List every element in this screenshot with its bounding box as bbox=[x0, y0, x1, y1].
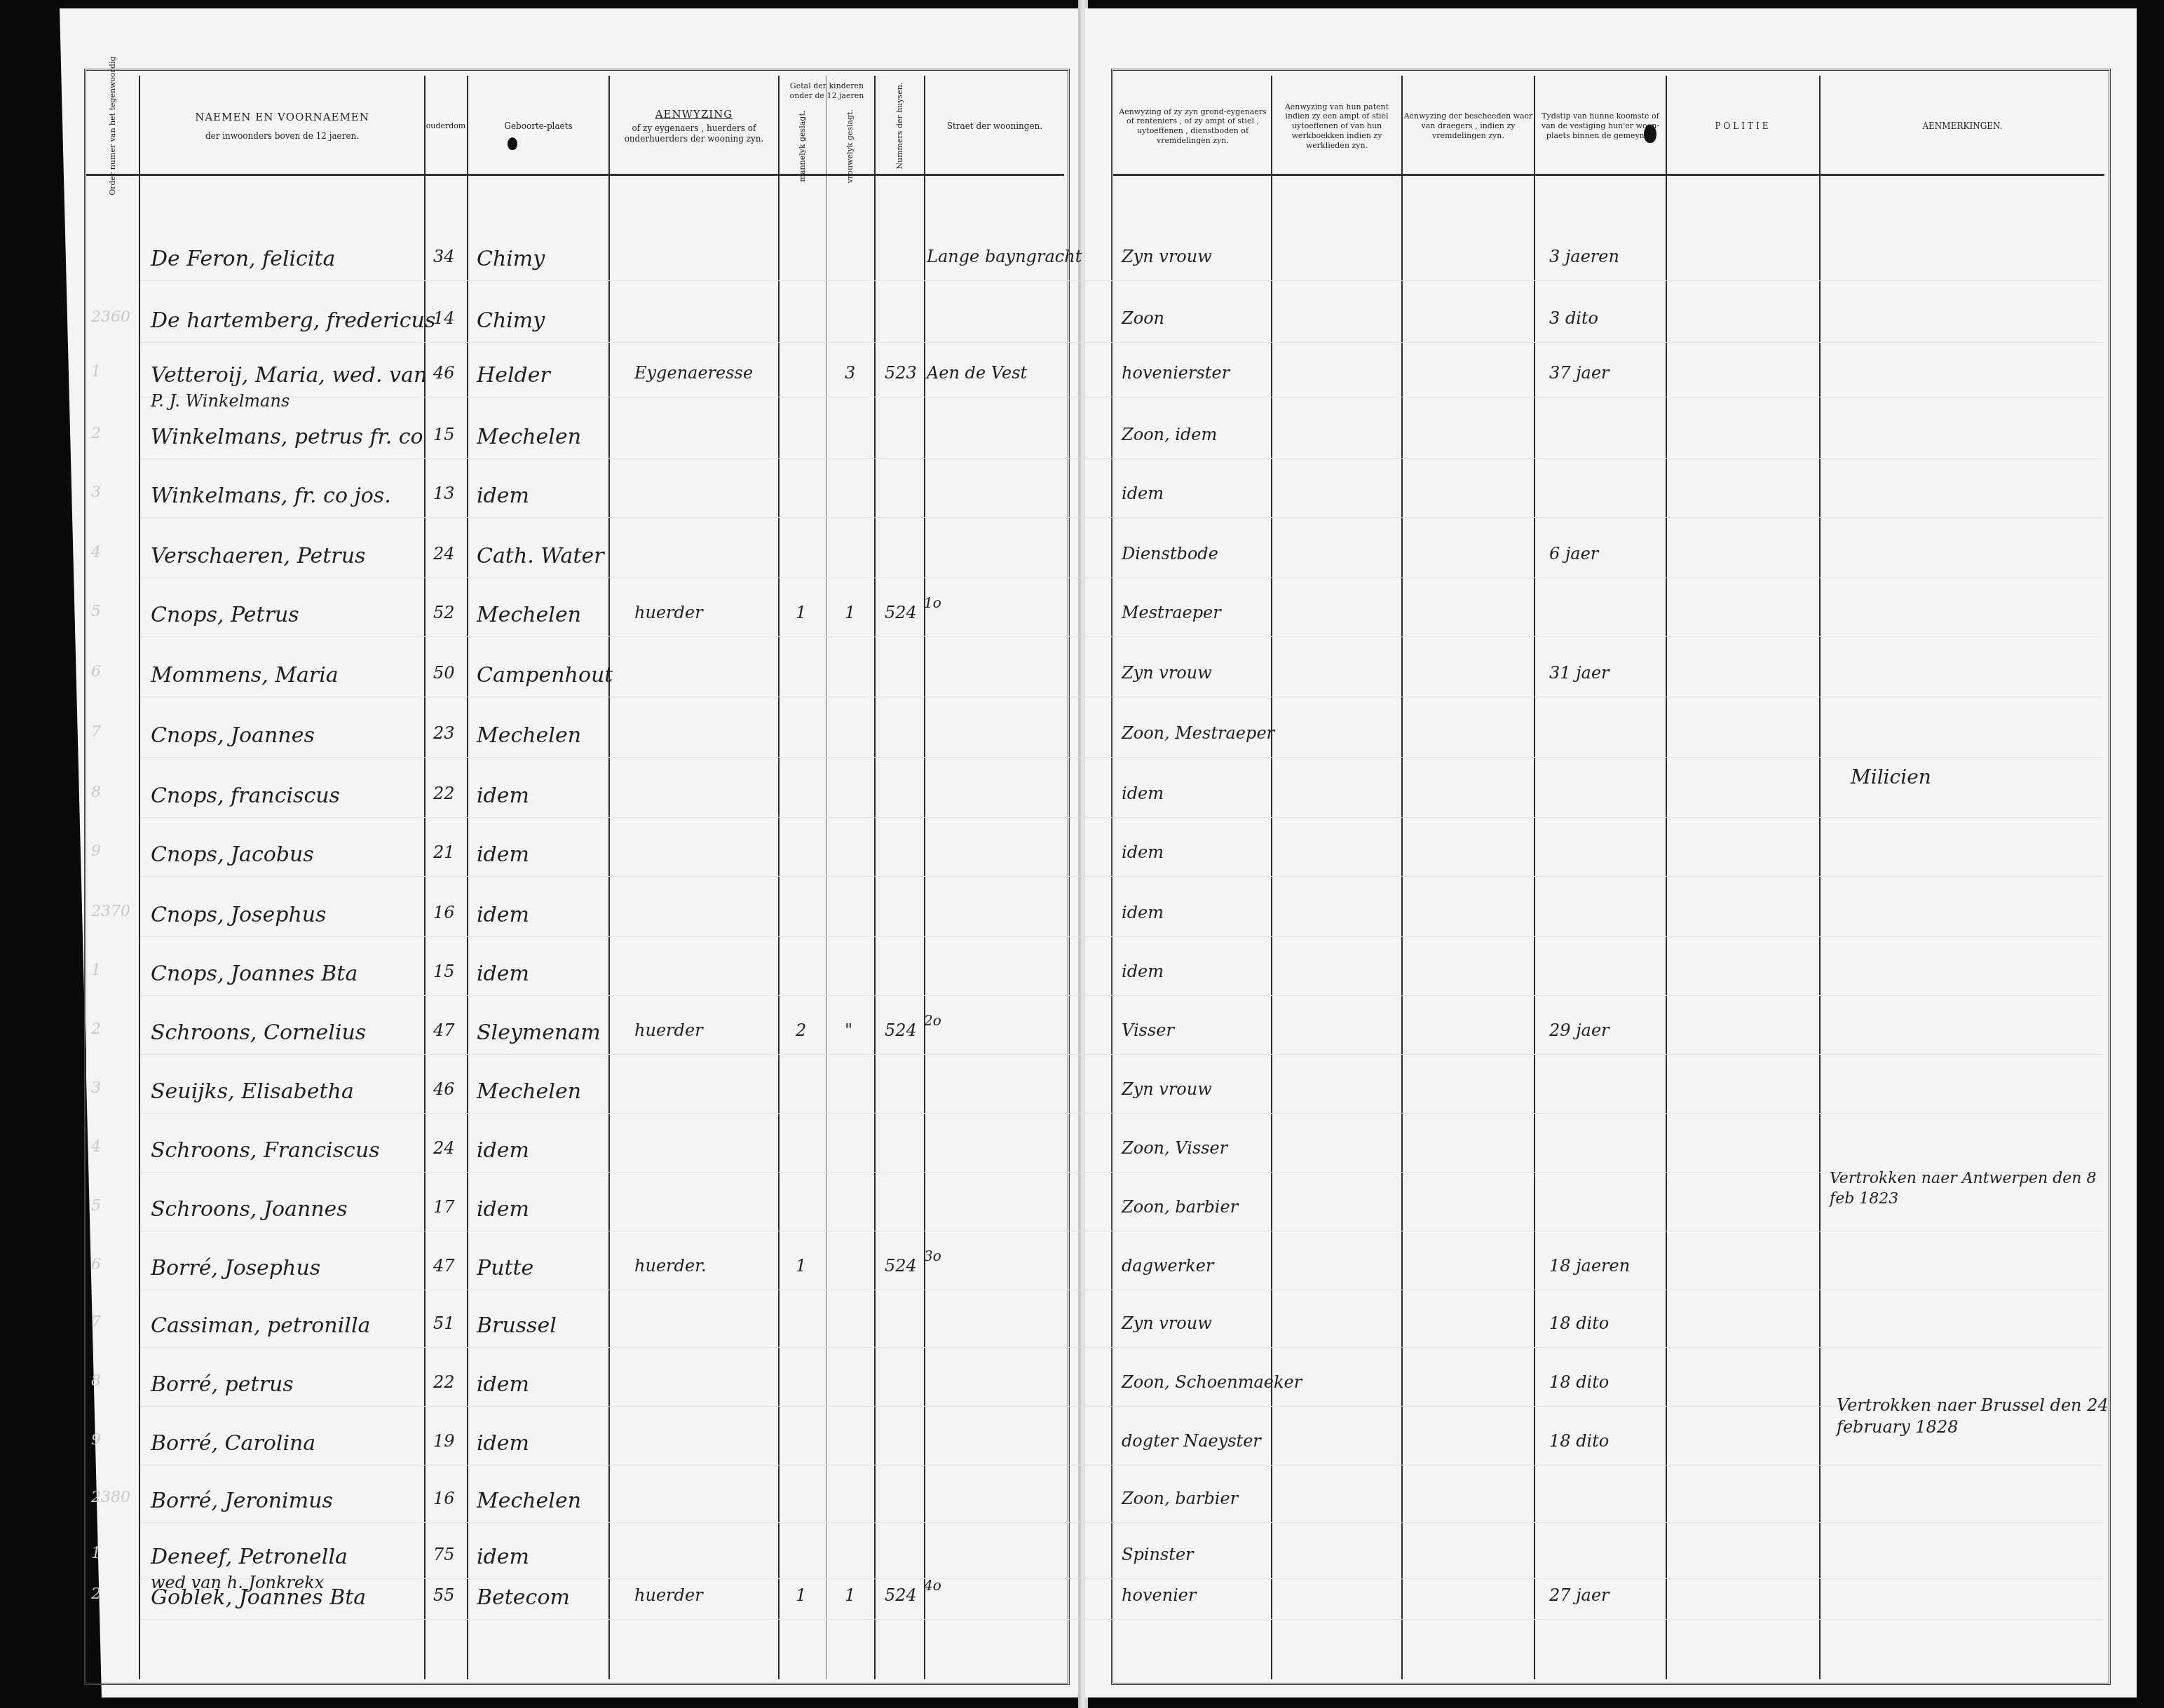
col-rule bbox=[608, 76, 610, 1679]
ruled-line bbox=[140, 280, 2103, 281]
cell-name: Cnops, Joannes bbox=[151, 723, 315, 748]
cell-name: De Feron, felicita bbox=[151, 247, 335, 271]
ruled-line bbox=[140, 936, 2103, 937]
cell-margin: 2360 bbox=[91, 308, 130, 326]
cell-arrival: 18 jaeren bbox=[1549, 1256, 1630, 1276]
cell-occupation: Zyn vrouw bbox=[1122, 1313, 1212, 1333]
header-names: NAEMEN EN VOORNAEMEN der inwoonders bove… bbox=[140, 77, 424, 175]
cell-occupation: idem bbox=[1122, 903, 1164, 922]
cell-birthplace: Mechelen bbox=[477, 425, 581, 449]
cell-occupation: dagwerker bbox=[1122, 1256, 1213, 1276]
cell-street: Aen de Vest bbox=[927, 363, 1027, 383]
cell-age: 52 bbox=[433, 603, 455, 622]
cell-arrival: 31 jaer bbox=[1549, 663, 1610, 683]
cell-female: 1 bbox=[845, 603, 855, 622]
cell-margin: 2370 bbox=[91, 903, 130, 920]
ruled-line bbox=[140, 397, 2103, 397]
cell-birthplace: Sleymenam bbox=[477, 1020, 601, 1045]
ruled-line bbox=[140, 1522, 2103, 1523]
cell-occupation: Zyn vrouw bbox=[1122, 1079, 1212, 1099]
cell-occupation: Zoon, barbier bbox=[1122, 1489, 1238, 1508]
header-age: ouderdom bbox=[425, 77, 467, 175]
cell-male: 2 bbox=[796, 1020, 806, 1040]
cell-margin: 4 bbox=[91, 544, 101, 561]
cell-house: 524 bbox=[885, 1585, 917, 1605]
cell-birthplace: Campenhout bbox=[477, 663, 613, 688]
cell-name: Goblek, Joannes Bta bbox=[151, 1585, 366, 1610]
cell-occupation: Zoon, barbier bbox=[1122, 1197, 1238, 1217]
cell-name: Cnops, Petrus bbox=[151, 603, 299, 627]
ink-blot bbox=[1644, 125, 1656, 143]
cell-house-suffix: 1o bbox=[924, 594, 941, 611]
cell-occupation: Zoon, Visser bbox=[1122, 1138, 1227, 1158]
cell-birthplace: Cath. Water bbox=[477, 544, 604, 568]
cell-margin: 6 bbox=[91, 663, 101, 681]
cell-age: 15 bbox=[433, 962, 455, 981]
cell-margin: 5 bbox=[91, 1197, 101, 1215]
cell-name: Schroons, Cornelius bbox=[151, 1020, 366, 1045]
cell-name: Cassiman, petronilla bbox=[151, 1313, 370, 1338]
cell-arrival: 37 jaer bbox=[1549, 363, 1610, 383]
cell-name: Cnops, franciscus bbox=[151, 784, 340, 808]
cell-margin: 1 bbox=[91, 363, 101, 381]
cell-name: Borré, petrus bbox=[151, 1372, 294, 1397]
cell-house: 524 bbox=[885, 1256, 917, 1276]
cell-margin: 7 bbox=[91, 723, 101, 741]
cell-age: 13 bbox=[433, 484, 455, 503]
cell-age: 55 bbox=[433, 1585, 455, 1605]
cell-name: Winkelmans, fr. co jos. bbox=[151, 484, 391, 508]
ruled-line bbox=[140, 757, 2103, 758]
cell-margin: 7 bbox=[91, 1313, 101, 1331]
cell-occupation: Zoon bbox=[1122, 308, 1164, 328]
cell-owner: huerder bbox=[634, 1585, 703, 1605]
header-names-title: NAEMEN EN VOORNAEMEN bbox=[195, 111, 369, 124]
col-rule bbox=[1271, 76, 1272, 1679]
col-rule bbox=[1401, 76, 1403, 1679]
cell-arrival: 3 dito bbox=[1549, 308, 1598, 328]
header-children-female: vrouwelyk geslagt. bbox=[827, 119, 873, 174]
cell-owner: huerder bbox=[634, 1020, 703, 1040]
cell-occupation: hovenier bbox=[1122, 1585, 1196, 1605]
cell-margin: 6 bbox=[91, 1256, 101, 1273]
ruled-line bbox=[140, 636, 2103, 637]
header-children-male: mannelyk geslagt. bbox=[780, 119, 826, 174]
cell-age: 16 bbox=[433, 1489, 455, 1508]
cell-house-suffix: 2o bbox=[924, 1012, 941, 1029]
cell-owner: huerder bbox=[634, 603, 703, 622]
cell-occupation: dogter Naeyster bbox=[1122, 1431, 1261, 1451]
ruled-line bbox=[140, 697, 2103, 697]
cell-name: Borré, Jeronimus bbox=[151, 1489, 333, 1513]
header-occupation: Aenwyzing of zy zyn grond-eygenaers of r… bbox=[1115, 77, 1271, 175]
cell-house-suffix: 4o bbox=[924, 1577, 941, 1594]
cell-age: 46 bbox=[433, 1079, 455, 1099]
cell-arrival: 6 jaer bbox=[1549, 544, 1598, 563]
cell-name: Schroons, Joannes bbox=[151, 1197, 348, 1222]
cell-occupation: Zoon, Mestraeper bbox=[1122, 723, 1274, 743]
cell-birthplace: idem bbox=[477, 1431, 529, 1456]
ink-blot bbox=[508, 137, 517, 150]
cell-name: Cnops, Josephus bbox=[151, 903, 327, 927]
cell-arrival: 27 jaer bbox=[1549, 1585, 1610, 1605]
cell-margin: 9 bbox=[91, 1431, 101, 1449]
cell-occupation: Dienstbode bbox=[1122, 544, 1218, 563]
cell-female: " bbox=[845, 1020, 852, 1040]
cell-female: 3 bbox=[845, 363, 855, 383]
cell-age: 46 bbox=[433, 363, 455, 383]
cell-occupation: Zoon, Schoenmaeker bbox=[1122, 1372, 1302, 1392]
cell-margin: 9 bbox=[91, 842, 101, 860]
ruled-line bbox=[140, 1231, 2103, 1231]
cell-age: 47 bbox=[433, 1020, 455, 1040]
cell-age: 19 bbox=[433, 1431, 455, 1451]
cell-birthplace: Brussel bbox=[477, 1313, 557, 1338]
cell-house: 523 bbox=[885, 363, 917, 383]
ruled-line bbox=[140, 1406, 2103, 1407]
cell-birthplace: Putte bbox=[477, 1256, 533, 1280]
cell-occupation: idem bbox=[1122, 784, 1164, 803]
cell-age: 24 bbox=[433, 1138, 455, 1158]
cell-name: Vetteroij, Maria, wed. van bbox=[151, 363, 427, 388]
cell-occupation: Mestraeper bbox=[1122, 603, 1221, 622]
ruled-line bbox=[140, 1113, 2103, 1114]
ruled-line bbox=[140, 1578, 2103, 1579]
cell-male: 1 bbox=[796, 603, 806, 622]
cell-occupation: idem bbox=[1122, 842, 1164, 862]
cell-margin: 1 bbox=[91, 962, 101, 979]
cell-birthplace: idem bbox=[477, 1138, 529, 1163]
cell-owner: huerder. bbox=[634, 1256, 707, 1276]
remark-milicien: Milicien bbox=[1851, 765, 1931, 788]
col-rule bbox=[139, 76, 140, 1679]
ruled-line bbox=[140, 1619, 2103, 1620]
header-house-numbers: Nummers der huysen. bbox=[876, 77, 924, 175]
cell-name: Deneef, Petronella bbox=[151, 1545, 348, 1569]
cell-name: Verschaeren, Petrus bbox=[151, 544, 365, 568]
cell-name: Mommens, Maria bbox=[151, 663, 339, 688]
cell-age: 47 bbox=[433, 1256, 455, 1276]
header-owner-title: AENWYZING bbox=[655, 108, 733, 121]
cell-male: 1 bbox=[796, 1256, 806, 1276]
cell-birthplace: idem bbox=[477, 962, 529, 986]
cell-birthplace: idem bbox=[477, 903, 529, 927]
col-rule bbox=[924, 76, 925, 1679]
cell-margin: 1 bbox=[91, 1545, 101, 1562]
cell-age: 75 bbox=[433, 1545, 455, 1564]
header-owner-status: AENWYZING of zy eygenaers , huerders of … bbox=[610, 77, 778, 175]
cell-name: Cnops, Jacobus bbox=[151, 842, 314, 867]
header-names-subtitle: der inwoonders boven de 12 jaeren. bbox=[205, 131, 359, 142]
cell-birthplace: idem bbox=[477, 1197, 529, 1222]
col-rule bbox=[1534, 76, 1535, 1679]
cell-arrival: 29 jaer bbox=[1549, 1020, 1610, 1040]
col-rule bbox=[826, 76, 826, 1679]
col-rule bbox=[874, 76, 876, 1679]
header-birthplace: Geboorte-plaets bbox=[468, 77, 608, 175]
col-rule bbox=[467, 76, 468, 1679]
cell-name: Seuijks, Elisabetha bbox=[151, 1079, 354, 1104]
col-rule bbox=[1666, 76, 1667, 1679]
cell-age: 15 bbox=[433, 425, 455, 444]
cell-birthplace: Mechelen bbox=[477, 1489, 581, 1513]
cell-arrival: 3 jaeren bbox=[1549, 247, 1619, 266]
ruled-line bbox=[140, 817, 2103, 818]
col-rule bbox=[778, 76, 780, 1679]
cell-margin: 3 bbox=[91, 1079, 101, 1097]
cell-margin: 4 bbox=[91, 1138, 101, 1156]
cell-birthplace: idem bbox=[477, 784, 529, 808]
cell-age: 51 bbox=[433, 1313, 455, 1333]
cell-birthplace: Mechelen bbox=[477, 1079, 581, 1104]
cell-birthplace: Chimy bbox=[477, 308, 545, 333]
cell-name: Borré, Josephus bbox=[151, 1256, 320, 1280]
ruled-line bbox=[140, 458, 2103, 459]
cell-occupation: Visser bbox=[1122, 1020, 1174, 1040]
cell-age: 23 bbox=[433, 723, 455, 743]
ruled-line bbox=[140, 1347, 2103, 1348]
cell-birthplace: Helder bbox=[477, 363, 550, 388]
ruled-line bbox=[140, 578, 2103, 578]
cell-birthplace: idem bbox=[477, 484, 529, 508]
cell-occupation: Spinster bbox=[1122, 1545, 1194, 1564]
cell-age: 14 bbox=[433, 308, 455, 328]
cell-age: 22 bbox=[433, 784, 455, 803]
cell-street: Lange bayngracht bbox=[927, 247, 1082, 266]
cell-house: 524 bbox=[885, 603, 917, 622]
cell-arrival: 18 dito bbox=[1549, 1372, 1609, 1392]
remark-departure-brussel: Vertrokken naer Brussel den 24 february … bbox=[1837, 1395, 2131, 1438]
cell-age: 21 bbox=[433, 842, 455, 862]
cell-age: 17 bbox=[433, 1197, 455, 1217]
ruled-line bbox=[140, 1172, 2103, 1173]
header-documents: Aenwyzing der bescheeden waer van draege… bbox=[1403, 77, 1534, 175]
cell-name: Schroons, Franciscus bbox=[151, 1138, 380, 1163]
cell-birthplace: idem bbox=[477, 1545, 529, 1569]
cell-birthplace: idem bbox=[477, 1372, 529, 1397]
ruled-line bbox=[140, 995, 2103, 996]
ruled-line bbox=[140, 1465, 2103, 1466]
cell-name: Cnops, Joannes Bta bbox=[151, 962, 358, 986]
cell-male: 1 bbox=[796, 1585, 806, 1605]
cell-age: 50 bbox=[433, 663, 455, 683]
header-order-number: Order numer van het tegenwoordig bbox=[86, 77, 139, 175]
cell-arrival: 18 dito bbox=[1549, 1431, 1609, 1451]
ledger-spread: Order numer van het tegenwoordig NAEMEN … bbox=[0, 0, 2164, 1708]
cell-margin: 3 bbox=[91, 484, 101, 501]
header-street: Straet der wooningen. bbox=[925, 77, 1064, 175]
cell-margin: 2 bbox=[91, 1585, 101, 1603]
header-children-group: Getal der kinderen onder de 12 jaeren bbox=[780, 81, 874, 116]
cell-birthplace: Mechelen bbox=[477, 603, 581, 627]
ruled-line bbox=[140, 342, 2103, 343]
cell-margin: 5 bbox=[91, 603, 101, 620]
col-rule bbox=[1819, 76, 1821, 1679]
cell-margin: 2 bbox=[91, 425, 101, 442]
header-patent: Aenwyzing van hun patent indien zy een a… bbox=[1272, 77, 1401, 175]
cell-occupation: idem bbox=[1122, 484, 1164, 503]
ruled-line bbox=[140, 1054, 2103, 1055]
cell-age: 16 bbox=[433, 903, 455, 922]
cell-female: 1 bbox=[845, 1585, 855, 1605]
header-owner-subtitle: of zy eygenaers , huerders of onderhuerd… bbox=[624, 123, 764, 144]
header-police: POLITIE bbox=[1667, 77, 1819, 175]
cell-birthplace: Chimy bbox=[477, 247, 545, 271]
cell-age: 24 bbox=[433, 544, 455, 563]
cell-name: De hartemberg, fredericus bbox=[151, 308, 435, 333]
cell-birthplace: idem bbox=[477, 842, 529, 867]
header-remarks: AENMERKINGEN. bbox=[1821, 77, 2104, 175]
cell-occupation: Zyn vrouw bbox=[1122, 247, 1212, 266]
cell-occupation: idem bbox=[1122, 962, 1164, 981]
cell-arrival: 18 dito bbox=[1549, 1313, 1609, 1333]
cell-birthplace: Mechelen bbox=[477, 723, 581, 748]
cell-margin: 8 bbox=[91, 1372, 101, 1390]
cell-age: 22 bbox=[433, 1372, 455, 1392]
cell-margin: 2 bbox=[91, 1020, 101, 1038]
cell-house-suffix: 3o bbox=[924, 1248, 941, 1264]
cell-margin: 8 bbox=[91, 784, 101, 801]
cell-occupation: Zoon, idem bbox=[1122, 425, 1217, 444]
cell-birthplace: Betecom bbox=[477, 1585, 570, 1610]
cell-name: Winkelmans, petrus fr. co bbox=[151, 425, 423, 449]
cell-occupation: hovenierster bbox=[1122, 363, 1230, 383]
ruled-line bbox=[140, 517, 2103, 518]
cell-house: 524 bbox=[885, 1020, 917, 1040]
ruled-line bbox=[140, 1290, 2103, 1290]
cell-margin: 2380 bbox=[91, 1489, 130, 1506]
cell-name: Borré, Carolina bbox=[151, 1431, 315, 1456]
remark-departure-antwerpen: Vertrokken naer Antwerpen den 8 feb 1823 bbox=[1830, 1169, 2124, 1209]
cell-name-continuation: P. J. Winkelmans bbox=[151, 391, 290, 411]
cell-age: 34 bbox=[433, 247, 455, 266]
cell-owner: Eygenaeresse bbox=[634, 363, 753, 383]
cell-occupation: Zyn vrouw bbox=[1122, 663, 1212, 683]
ruled-line bbox=[140, 876, 2103, 877]
